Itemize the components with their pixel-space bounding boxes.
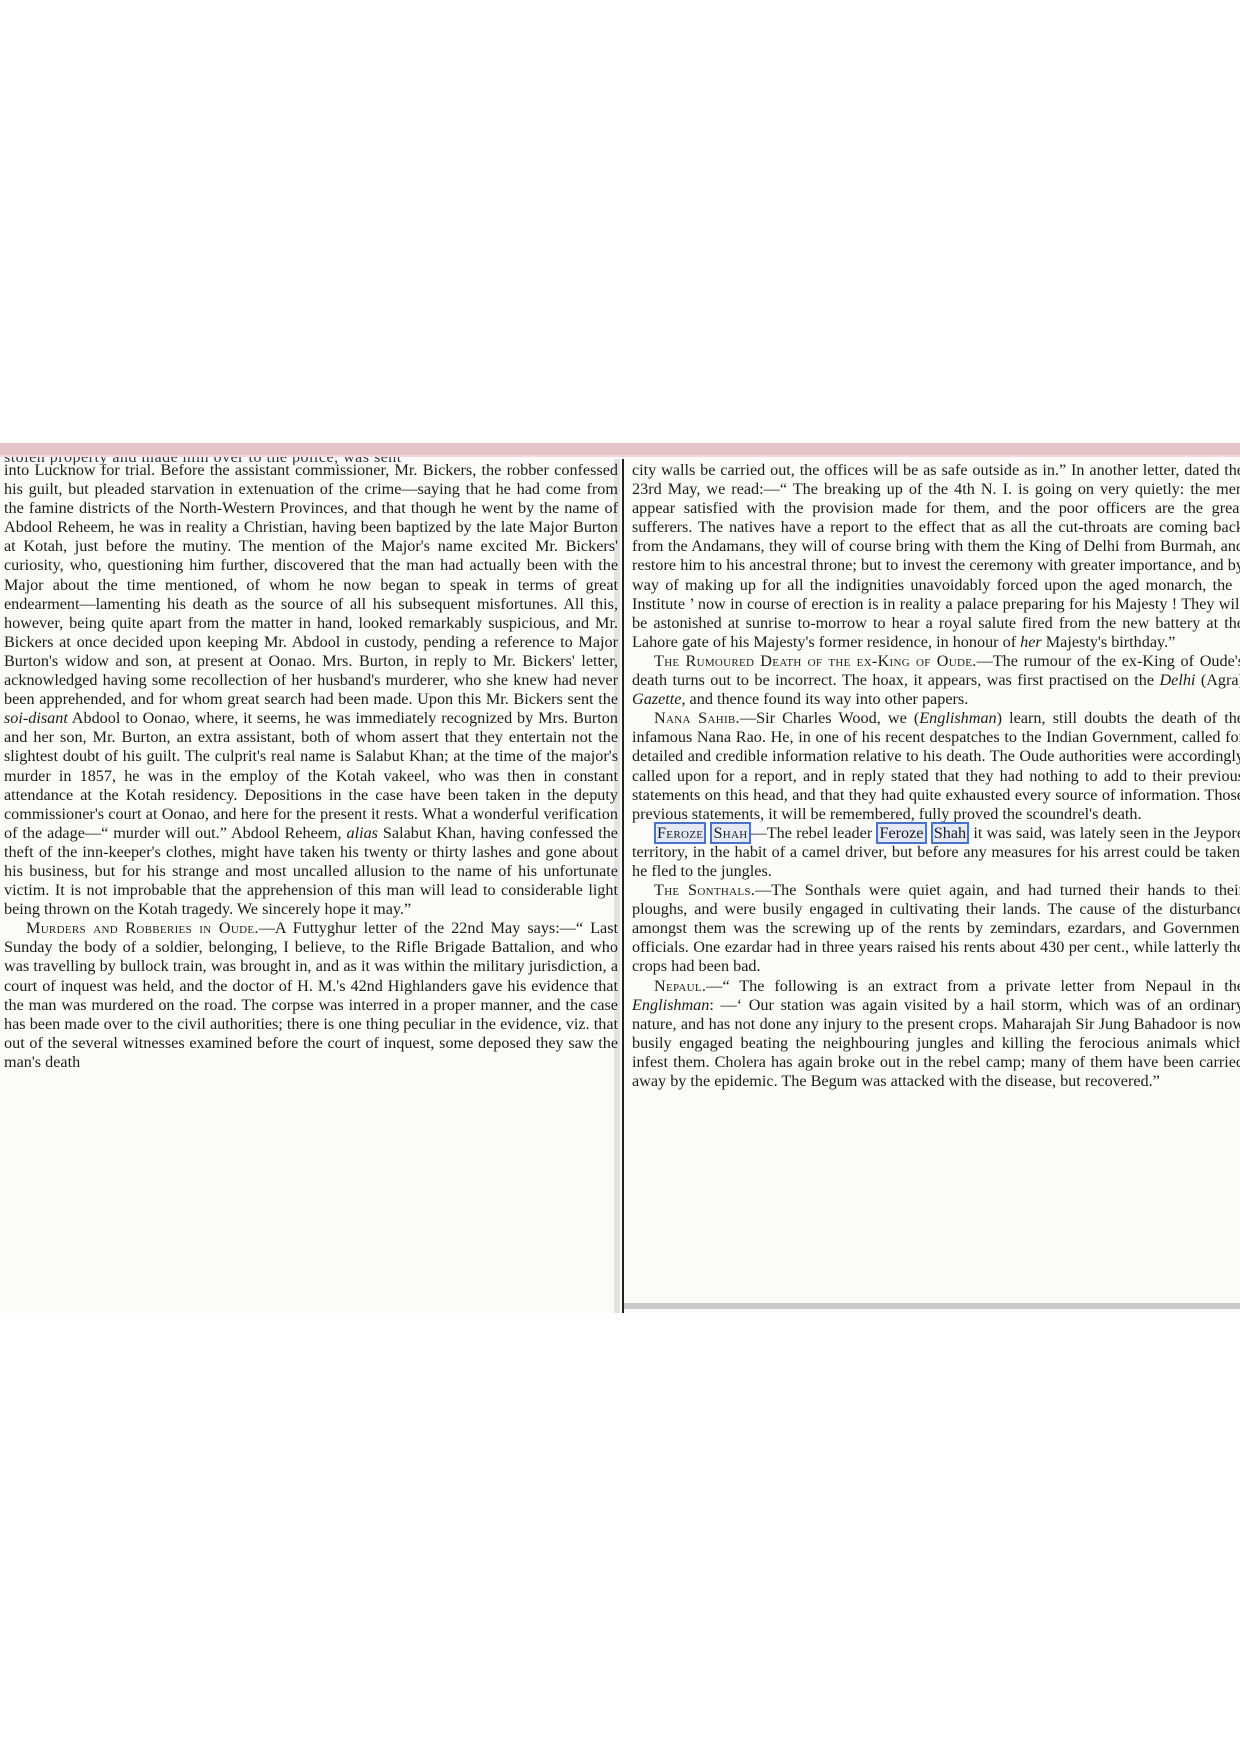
article-murders-robberies-oude: Murders and Robberies in Oude.—A Futtygh… [4, 919, 618, 1072]
article-heading: Murders and Robberies in Oude. [26, 919, 259, 937]
search-highlight-shah[interactable]: Shah [931, 822, 969, 844]
article-heading: The Sonthals. [654, 881, 755, 899]
article-heading: Nana Sahib. [654, 709, 740, 727]
search-highlight-heading-shah[interactable]: Shah [710, 822, 750, 844]
newspaper-clipping: stolen property and made him over to the… [0, 443, 1240, 1313]
left-column: into Lucknow for trial. Before the assis… [4, 461, 618, 1072]
article-rumoured-death-ex-king: The Rumoured Death of the ex-King of Oud… [632, 652, 1240, 709]
article-heading: The Rumoured Death of the ex-King of Oud… [654, 652, 977, 670]
article-nana-sahib: Nana Sahib.—Sir Charles Wood, we (Englis… [632, 709, 1240, 824]
bottom-scan-edge [624, 1303, 1240, 1309]
column-divider [622, 459, 624, 1313]
search-highlight-heading-feroze[interactable]: Feroze [654, 822, 706, 844]
article-feroze-shah: Feroze Shah—The rebel leader Feroze Shah… [632, 824, 1240, 881]
top-pink-band [0, 443, 1240, 457]
article-heading: Nepaul. [654, 977, 706, 995]
search-highlight-feroze[interactable]: Feroze [876, 822, 926, 844]
article-delhi-letter: city walls be carried out, the offices w… [632, 461, 1240, 652]
right-column: city walls be carried out, the offices w… [632, 461, 1240, 1091]
article-nepaul: Nepaul.—“ The following is an extract fr… [632, 977, 1240, 1092]
article-kotah-murderer: into Lucknow for trial. Before the assis… [4, 461, 618, 919]
article-sonthals: The Sonthals.—The Sonthals were quiet ag… [632, 881, 1240, 976]
